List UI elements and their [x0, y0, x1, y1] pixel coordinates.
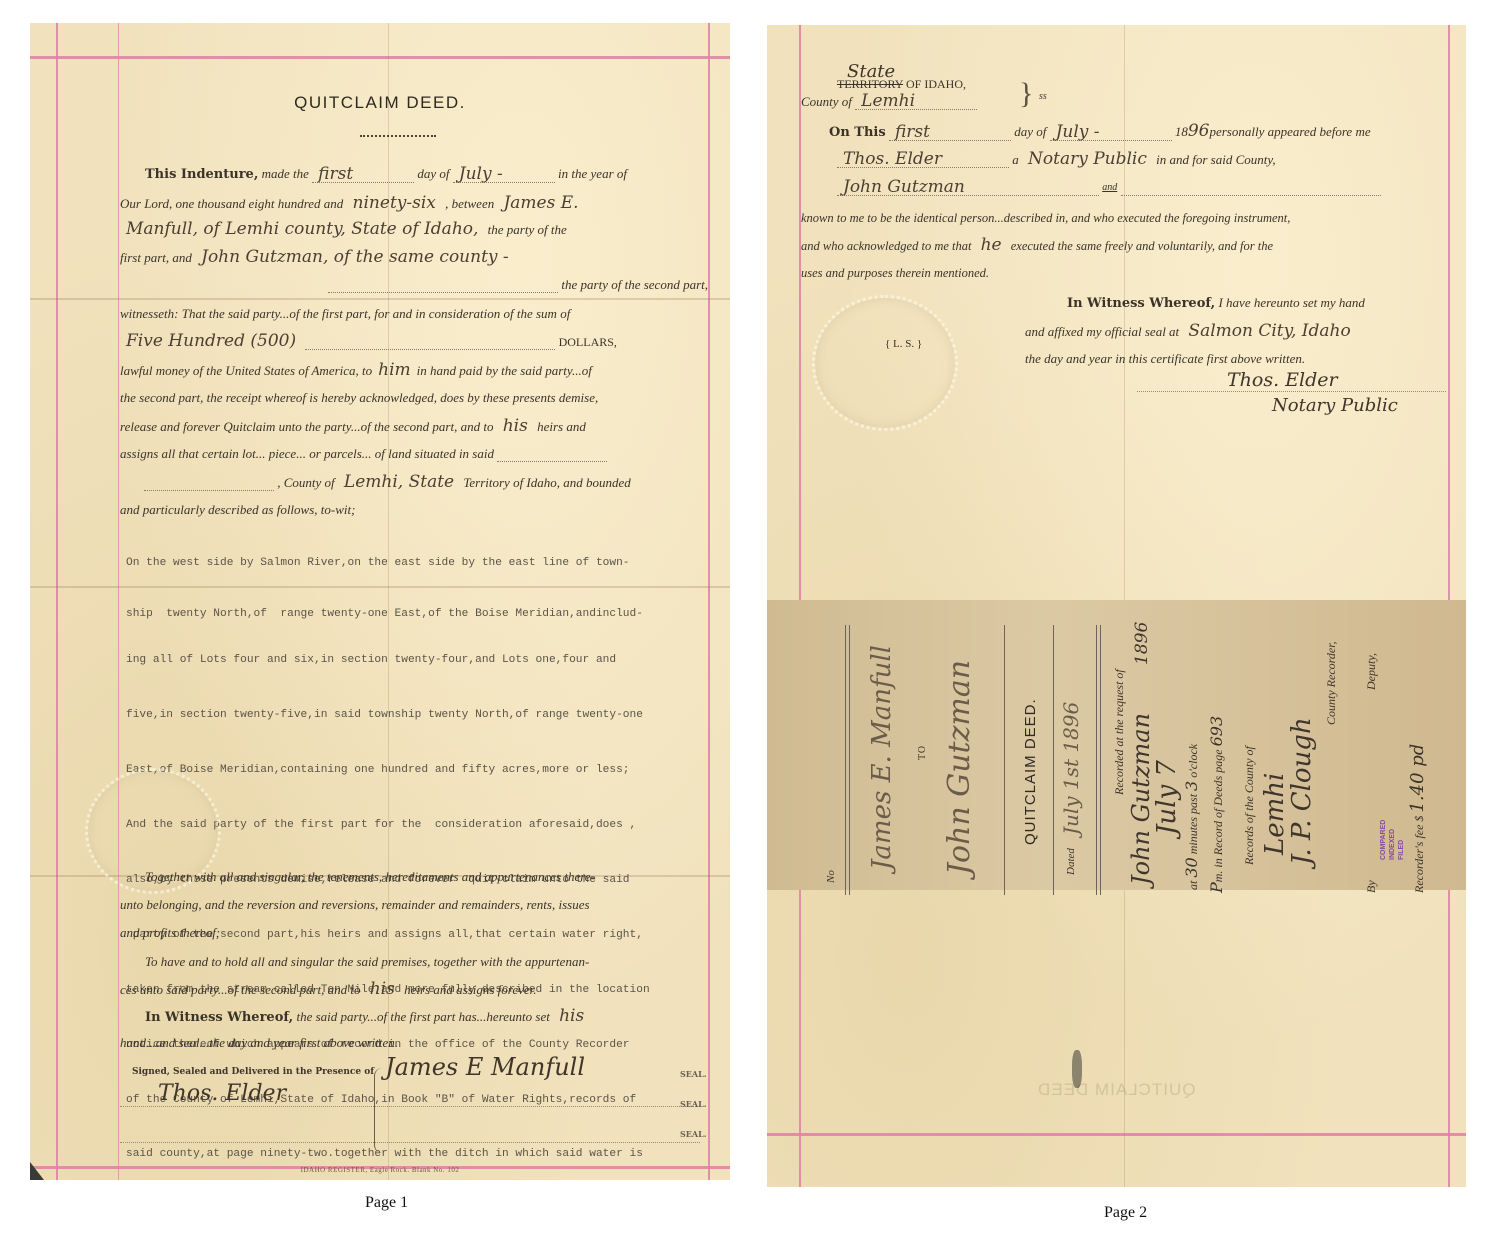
stamp-indexed: INDEXED [1389, 829, 1396, 860]
notary-witness-line-3: the day and year in this certificate fir… [1025, 351, 1446, 367]
venue-territory: TERRITORY OF IDAHO, [837, 77, 966, 92]
habendum-line-1: Together with all and singular, the tene… [145, 869, 710, 885]
notary-witness-line-2: and affixed my official seal at Salmon C… [1025, 323, 1446, 340]
recorded-by: John Gutzman [1127, 713, 1155, 885]
margin-rule [118, 23, 119, 1180]
ack-line-2: Thos. Elder a Notary Public in and for s… [837, 151, 1446, 168]
witness-line-1: In Witness Whereof, the said party...of … [145, 1008, 710, 1026]
ack-line-1: On This first day of July - 1896personal… [829, 123, 1446, 141]
indenture-line-2: Our Lord, one thousand eight hundred and… [120, 195, 710, 212]
recorded-date: July 7 [1152, 760, 1182, 835]
deed-title: QUITCLAIM DEED. [30, 93, 730, 113]
handwritten-amount: Five Hundred (500) [120, 331, 302, 351]
ack-line-4: known to me to be the identical person..… [801, 210, 1446, 226]
record-of-deeds: Pm. in Record of Deeds page 693 [1207, 716, 1226, 893]
presence-label: Signed, Sealed and Delivered in the Pres… [132, 1067, 374, 1077]
handwritten-month: July - [453, 166, 555, 183]
habendum-line-3: and profits thereof; [120, 925, 710, 941]
indenture-line-8: lawful money of the United States of Ame… [120, 362, 710, 379]
habendum-line-2: unto belonging, and the reversion and re… [120, 897, 710, 913]
backer-grantee: John Gutzman [942, 660, 977, 875]
deputy-label: Deputy, [1364, 653, 1379, 690]
notary-witness-line-1: In Witness Whereof, I have hereunto set … [1067, 295, 1446, 312]
handwritten-day: first [312, 166, 414, 183]
by-label: By [1364, 880, 1379, 893]
backer-to: TO [917, 745, 928, 760]
habendum-line-5: ces unto said party...of the second part… [120, 981, 710, 998]
backer-title: QUITCLAIM DEED. [1022, 698, 1039, 845]
page-2-scan: State TERRITORY OF IDAHO, County of Lemh… [767, 25, 1466, 1187]
handwritten-county: Lemhi, State [338, 472, 460, 492]
indenture-line-1: This Indenture, made the first day of Ju… [145, 166, 710, 183]
indenture-line-5: the party of the second part, [120, 277, 708, 293]
stamp-compared: COMPARED [1380, 820, 1387, 860]
backer-dated-label: Dated [1065, 848, 1077, 875]
footer-rule [767, 1133, 1466, 1136]
recorder-signature: J. P. Clough [1287, 717, 1317, 865]
witness-signature: Thos. Elder [158, 1081, 286, 1106]
indenture-line-9: the second part, the receipt whereof is … [120, 390, 710, 406]
seal-label: SEAL. [680, 1099, 707, 1109]
printer-imprint: IDAHO REGISTER, Eagle Rock. Blank No. 10… [30, 1166, 730, 1174]
indenture-line-10: release and forever Quitclaim unto the p… [120, 418, 710, 435]
notary-signature-line [1137, 391, 1446, 392]
indenture-line-4: first part, and John Gutzman, of the sam… [120, 249, 710, 266]
recorders-fee: Recorder's fee $ 1.40 pd [1407, 744, 1428, 893]
records-of-county: Records of the County of [1242, 746, 1257, 865]
bleed-through-title: QUITCLAIM DEED [1037, 1080, 1196, 1100]
indenture-line-11: assigns all that certain lot... piece...… [120, 446, 710, 462]
notary-signature: Thos. Elder [1227, 369, 1338, 391]
stamp-filed: FILED [1398, 840, 1405, 860]
ls-seal-label: { L. S. } [885, 338, 922, 350]
indenture-line-3: Manfull, of Lemhi county, State of Idaho… [120, 221, 710, 238]
witness-line-2: hand...and seal...the day and year first… [120, 1035, 710, 1051]
header-rule [30, 56, 730, 59]
venue-brace: } [1019, 77, 1033, 111]
indenture-line-7: Five Hundred (500) DOLLARS, [120, 333, 710, 350]
ink-stain [1072, 1050, 1082, 1088]
page-1-label: Page 1 [365, 1194, 408, 1212]
seal-label: SEAL. [680, 1129, 707, 1139]
venue-ss: ss [1039, 91, 1047, 102]
signature-line [120, 1142, 700, 1143]
handwritten-grantor-residence: Manfull, of Lemhi county, State of Idaho… [120, 219, 484, 239]
venue-county: County of Lemhi [801, 93, 1446, 110]
fold-crease [30, 298, 730, 300]
notary-title-handwritten: Notary Public [1272, 395, 1398, 416]
grantor-signature: James E Manfull [385, 1053, 585, 1081]
seal-label: SEAL. [680, 1069, 707, 1079]
handwritten-year: ninety-six [347, 193, 442, 213]
ack-line-6: uses and purposes therein mentioned. [801, 265, 1446, 281]
signature-line [120, 1106, 700, 1107]
notary-embossed-seal [812, 295, 958, 431]
habendum-line-4: To have and to hold all and singular the… [145, 954, 710, 970]
handwritten-grantee: John Gutzman, of the same county - [195, 247, 515, 267]
page-2-label: Page 2 [1104, 1204, 1147, 1222]
indenture-line-6: witnesseth: That the said party...of the… [120, 306, 710, 322]
ack-line-5: and who acknowledged to me that he execu… [801, 237, 1446, 254]
title-ornament [360, 131, 436, 137]
backer-no: No [825, 870, 837, 883]
indenture-line-13: and particularly described as follows, t… [120, 502, 710, 518]
signature-brace [374, 1068, 383, 1153]
recorded-time: at 30 minutes past 3 o'clock [1182, 744, 1201, 890]
handwritten-grantor: James E. [497, 193, 584, 213]
handwritten-place: Salmon City, Idaho [1182, 321, 1356, 341]
indenture-line-12: , County of Lemhi, State Territory of Id… [120, 474, 710, 491]
recorded-year: 1896 [1132, 622, 1152, 665]
backer-grantor: James E. Manfull [867, 645, 897, 870]
backer-dated: July 1st 1896 [1059, 702, 1083, 835]
recorder-county: Lemhi [1260, 773, 1290, 855]
ack-line-3: John Gutzman and [837, 178, 1446, 196]
recorder-title: County Recorder, [1324, 641, 1339, 725]
recorded-label: Recorded at the request of [1112, 669, 1127, 795]
margin-rule [56, 23, 58, 1180]
page-1-scan: QUITCLAIM DEED. This Indenture, made the… [30, 23, 730, 1180]
